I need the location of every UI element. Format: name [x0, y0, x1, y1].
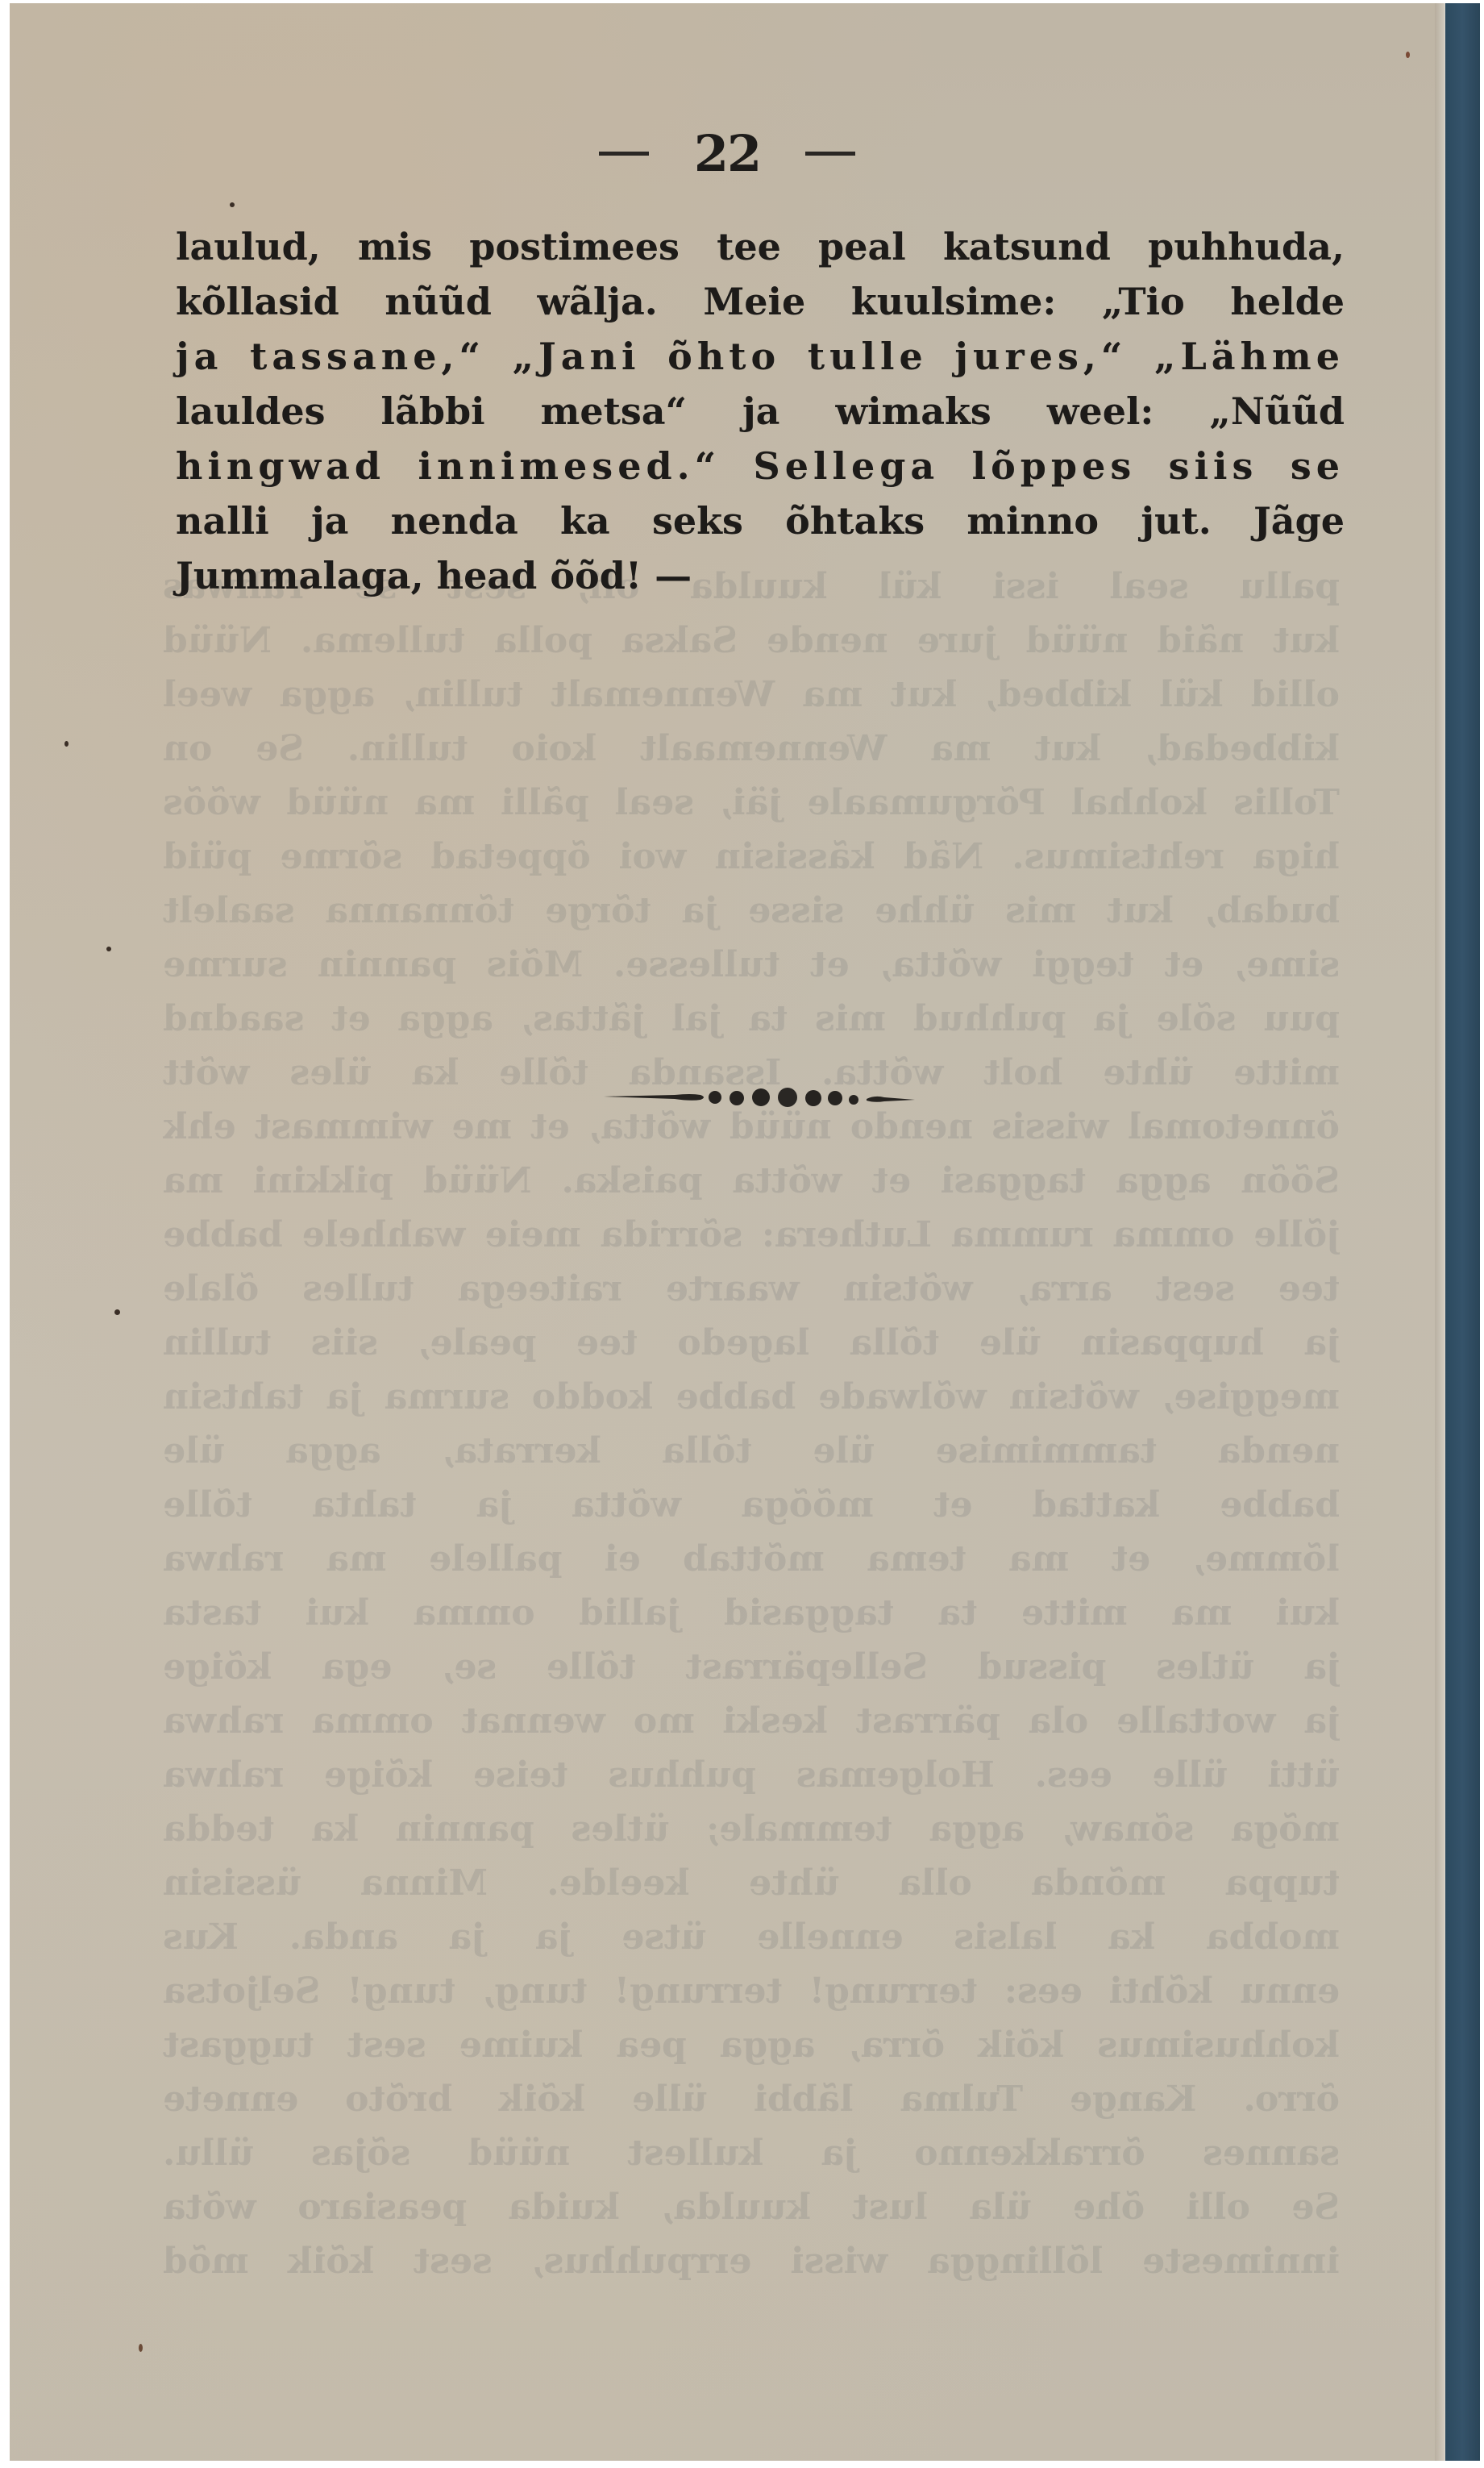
ink-speck — [230, 202, 235, 207]
ink-speck — [64, 741, 69, 747]
text-line: hingwad innimesed.“ Sellega lõppes siis … — [176, 439, 1345, 493]
paper-page: pallu seal issi kül kuulda oli, sest se … — [10, 3, 1445, 2461]
ornament-divider-icon — [602, 1085, 917, 1109]
page-number: 22 — [694, 124, 760, 183]
ink-speck — [106, 947, 111, 951]
ink-speck — [114, 1309, 120, 1315]
text-line: ja tassane,“ „Jani õhto tulle jures,“ „L… — [176, 329, 1345, 384]
header-dash-left — [599, 152, 649, 156]
page-header: 22 — [10, 124, 1445, 183]
page-edge — [1435, 3, 1446, 2461]
ink-speck — [1406, 52, 1410, 58]
text-line: kõllasid nũũd wãlja. Meie kuulsime: „Tio… — [176, 274, 1345, 329]
text-line: Jummalaga, head õõd! — — [176, 548, 1345, 603]
ink-speck — [139, 2344, 143, 2352]
text-line: lauldes lãbbi metsa“ ja wimaks weel: „Nũ… — [176, 384, 1345, 439]
text-line: nalli ja nenda ka seks õhtaks minno jut.… — [176, 493, 1345, 548]
text-line: laulud, mis postimees tee peal katsund p… — [176, 219, 1345, 274]
header-dash-right — [805, 152, 855, 156]
body-text: laulud, mis postimees tee peal katsund p… — [176, 219, 1345, 603]
book-binding-edge — [1445, 3, 1480, 2461]
scanned-page-image: pallu seal issi kül kuulda oli, sest se … — [0, 0, 1484, 2468]
bleed-through-text: pallu seal issi kül kuulda oli, sest se … — [163, 560, 1340, 2390]
